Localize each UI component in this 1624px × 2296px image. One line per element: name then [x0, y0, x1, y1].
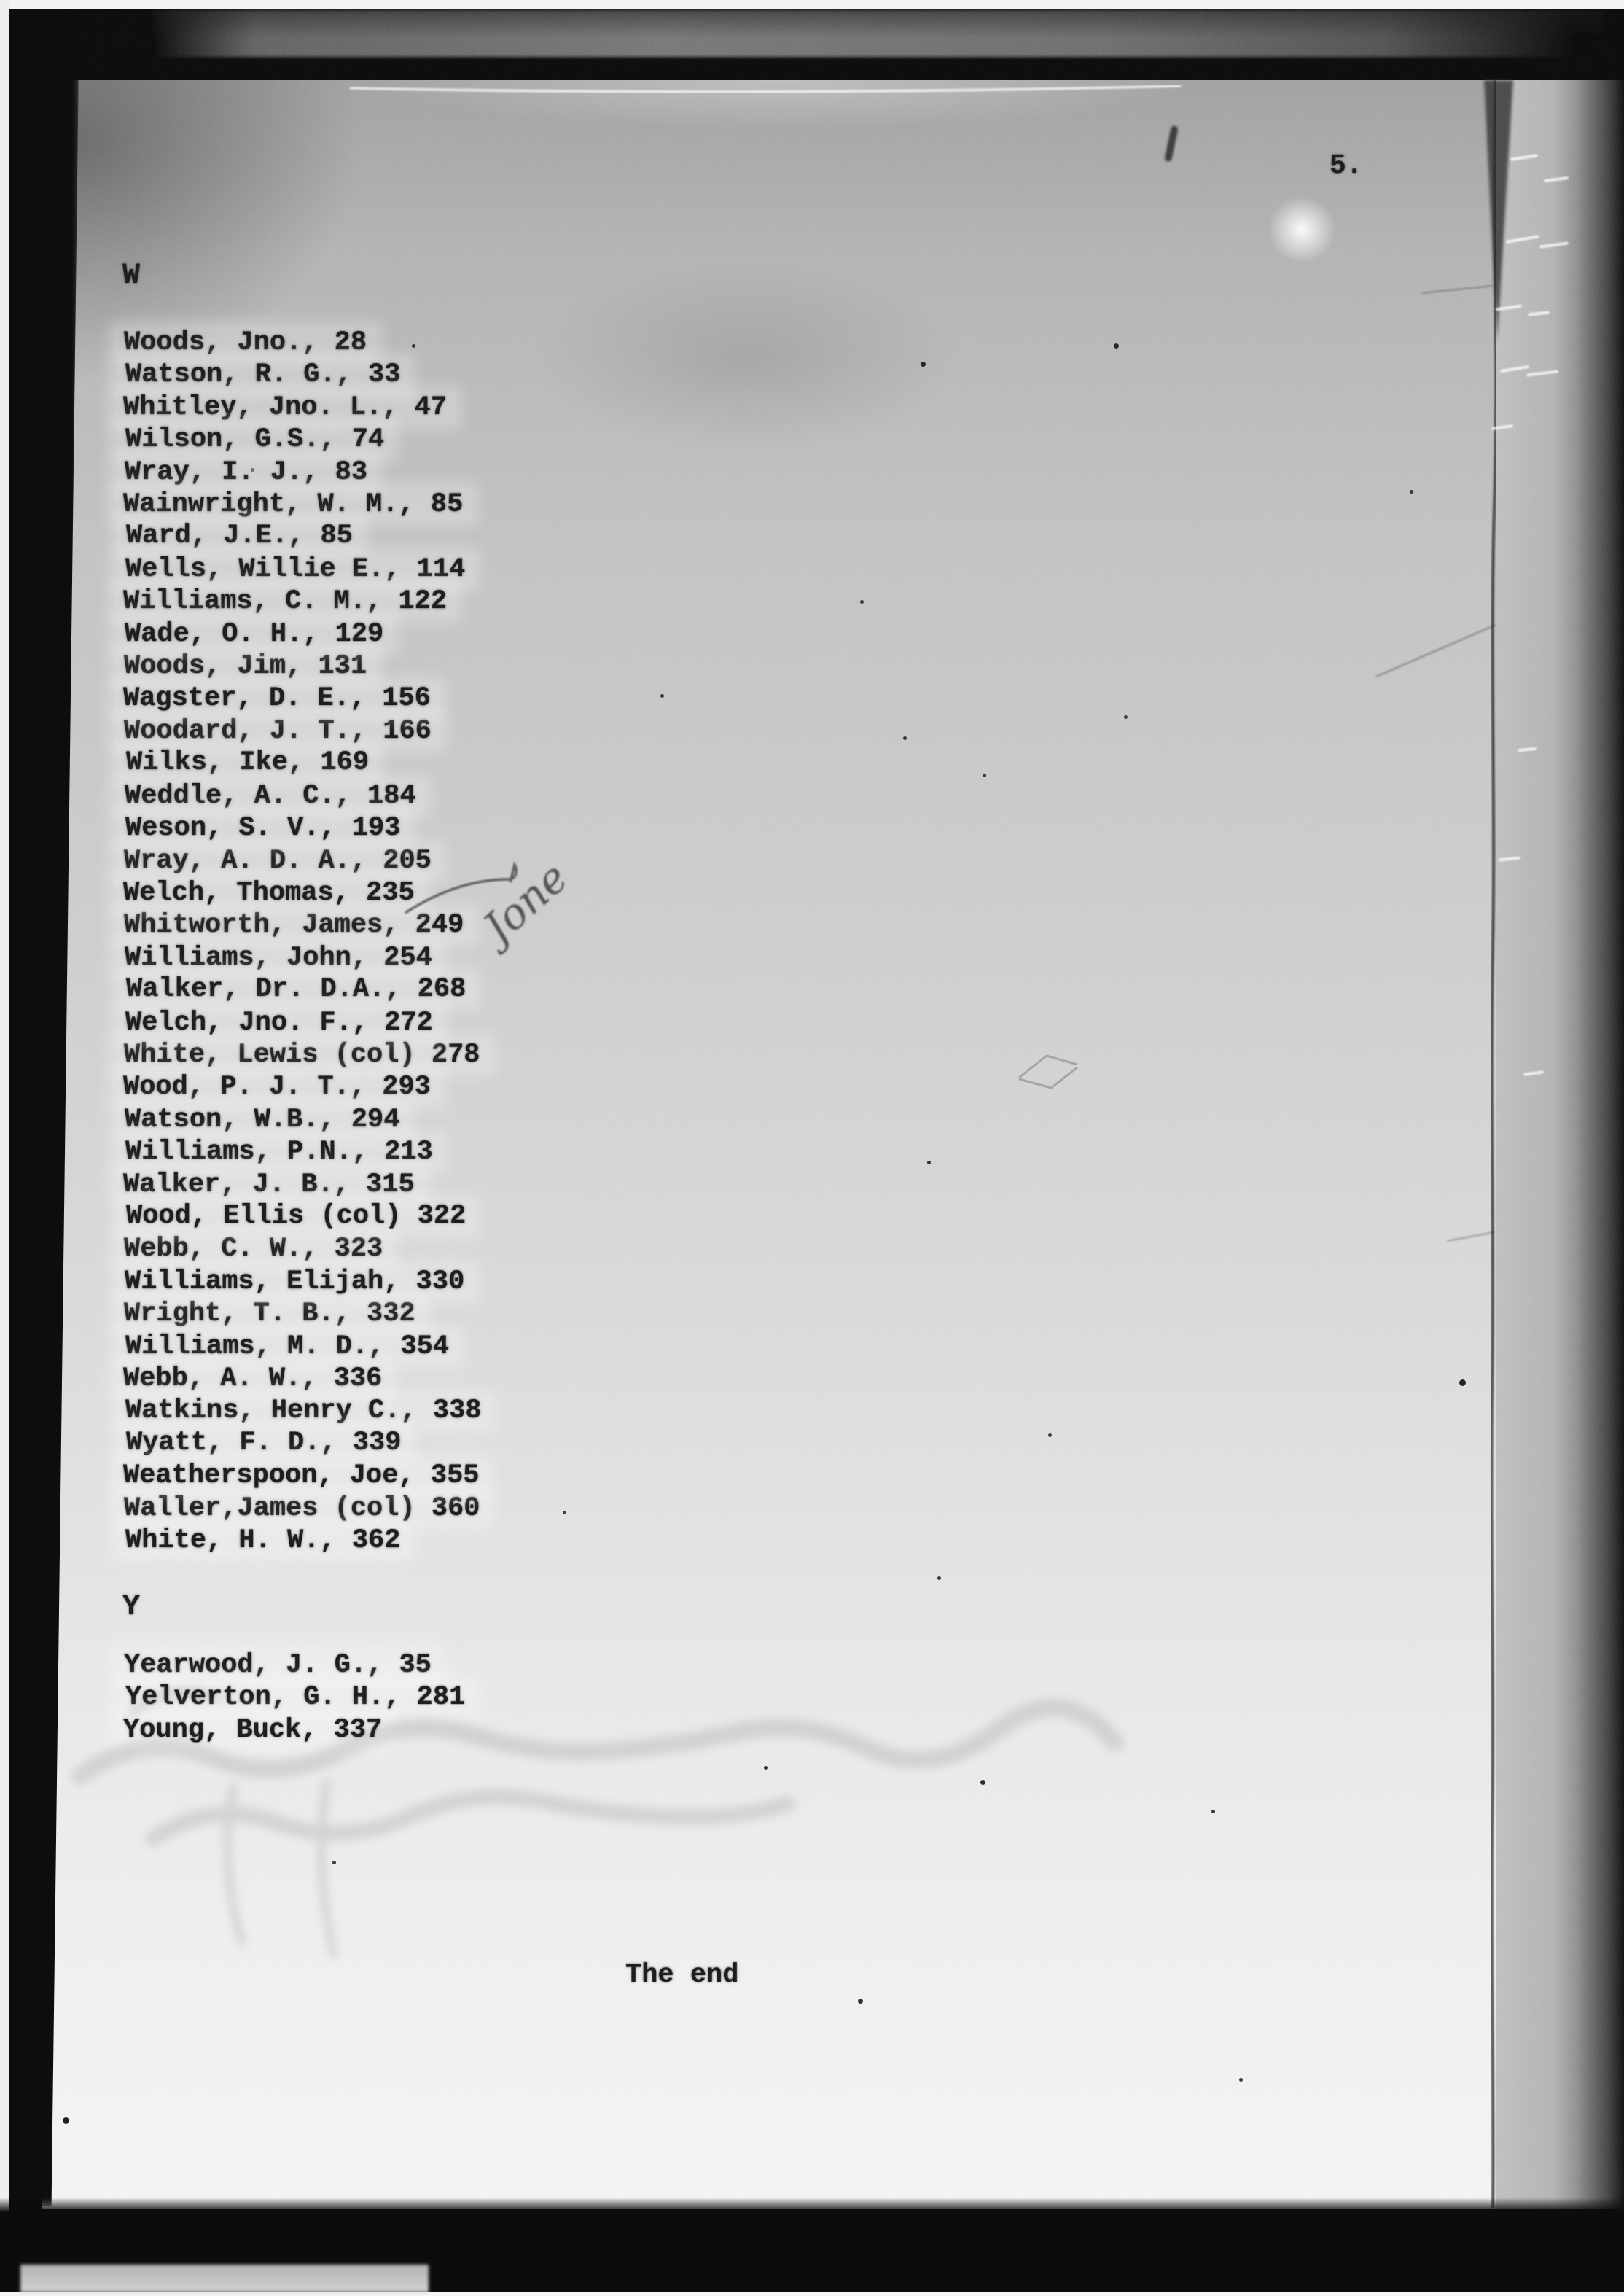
page-edge-highlights	[1491, 154, 1569, 1076]
pencil-mark	[1019, 1056, 1077, 1088]
annotation-text: Jone	[468, 852, 577, 957]
microfilm-scan-frame: 5. W Woods, Jno., 28Watson, R. G., 33Whi…	[0, 0, 1624, 2296]
film-scratches	[1376, 286, 1496, 1241]
scan-marks-overlay: Jone	[0, 0, 1624, 2296]
handwritten-annotation: Jone	[405, 852, 577, 957]
page-edge-line	[1484, 80, 1513, 2208]
bleedthrough-ink	[80, 1691, 1115, 1954]
page-top-highlight	[350, 86, 1181, 92]
film-grain-overlay	[0, 0, 1624, 2296]
next-page-corner	[20, 2265, 429, 2292]
